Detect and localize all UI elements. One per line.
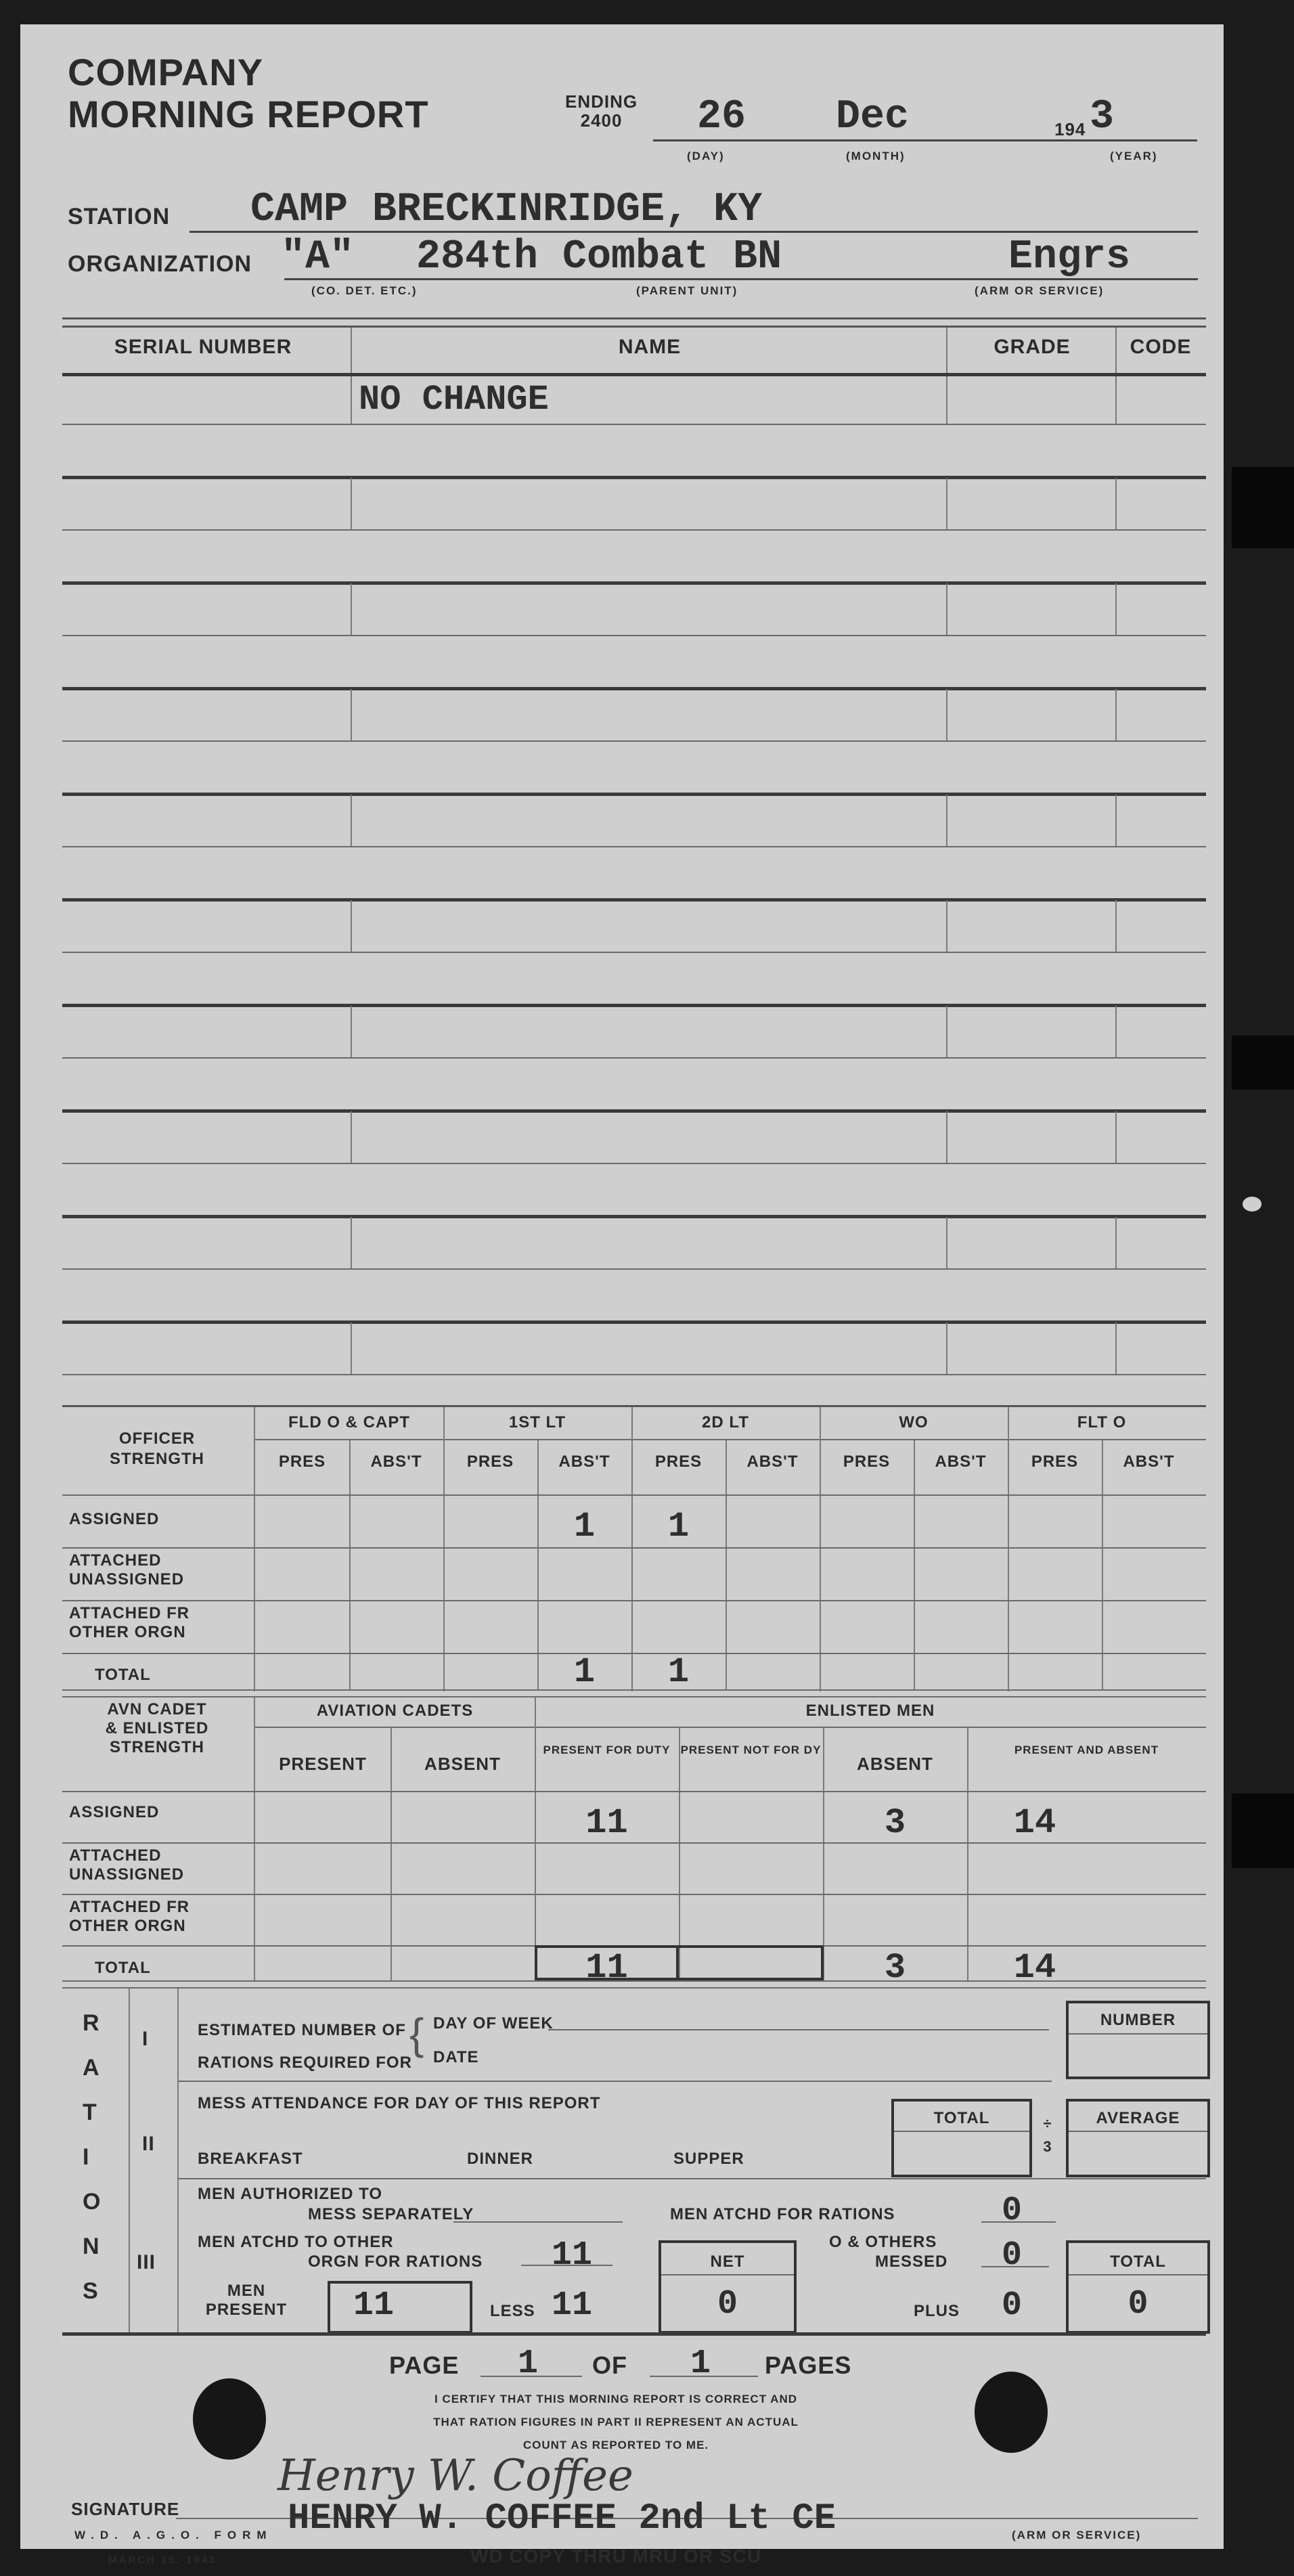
col-divider (254, 1407, 255, 1691)
row-label-assigned: ASSIGNED (69, 1510, 159, 1529)
subheader: PRESENT NOT FOR DY (679, 1737, 823, 1764)
ending-text: ENDING (565, 92, 638, 111)
row-divider (351, 1217, 352, 1268)
side-letter: S (83, 2269, 101, 2313)
row-divider (946, 1006, 947, 1057)
day-of-week-label: DAY OF WEEK (433, 2014, 554, 2033)
table-bottom-rule (62, 1405, 1206, 1407)
copy-note: WD COPY THRU MRU OR SCU (470, 2546, 761, 2567)
enlisted-total-present-for-duty[interactable]: 11 (535, 1948, 679, 1988)
side-letter: N (83, 2224, 101, 2269)
officer-total-2d-lt-present[interactable]: 1 (631, 1652, 726, 1692)
group-header-enlisted: ENLISTED MEN (535, 1702, 1206, 1720)
mess-total-rule (894, 2131, 1029, 2132)
row-divider (946, 1217, 947, 1268)
day-value[interactable]: 26 (697, 94, 746, 140)
enlisted-total-present-and-absent[interactable]: 14 (967, 1948, 1102, 1988)
year-caption: (YEAR) (1110, 150, 1158, 163)
net-label: NET (659, 2252, 797, 2271)
row-divider (351, 689, 352, 740)
row-rule (62, 1987, 1206, 1989)
average-rule (1069, 2131, 1207, 2132)
subheader: ABS'T (349, 1452, 443, 1471)
group-rule (255, 1439, 1206, 1440)
label-line: OTHER ORGN (69, 1623, 189, 1642)
film-strip-band (1232, 467, 1294, 548)
certify-line: THAT RATION FIGURES IN PART II REPRESENT… (359, 2411, 873, 2434)
title-line: & ENLISTED (62, 1719, 252, 1738)
row-divider (351, 1006, 352, 1057)
side-letter: I (83, 2135, 101, 2179)
subheader: PRES (631, 1452, 726, 1471)
officer-assigned-1st-lt-absent[interactable]: 1 (537, 1507, 631, 1547)
row-divider (351, 795, 352, 846)
part-3-numeral: III (137, 2251, 156, 2274)
row-rule (62, 1215, 1206, 1218)
col-divider (967, 1728, 968, 1982)
group-header-cadets: AVIATION CADETS (255, 1702, 535, 1720)
ending-label: ENDING 2400 (565, 92, 638, 130)
org-caption-parent: (PARENT UNIT) (636, 284, 738, 298)
col-divider (129, 1989, 130, 2335)
group-header: FLD O & CAPT (255, 1413, 443, 1432)
row-rule (62, 740, 1206, 742)
subheader: PRES (1008, 1452, 1102, 1471)
label-line: ATTACHED (69, 1846, 184, 1865)
row-rule (62, 846, 1206, 847)
row-divider (946, 1111, 947, 1163)
number-label: NUMBER (1066, 2011, 1210, 2030)
row-divider (946, 689, 947, 740)
mess-total-label: TOTAL (891, 2109, 1032, 2128)
label-line: RATIONS REQUIRED FOR (198, 2047, 412, 2079)
row-divider (946, 376, 947, 424)
organization-arm[interactable]: Engrs (1008, 234, 1130, 280)
part-1-label: ESTIMATED NUMBER OF RATIONS REQUIRED FOR (198, 2014, 412, 2079)
supper-label: SUPPER (673, 2150, 744, 2169)
row-rule (62, 1163, 1206, 1164)
subheader: ABSENT (391, 1754, 535, 1775)
typed-signer-name: HENRY W. COFFEE 2nd Lt CE (288, 2498, 836, 2539)
group-header: FLT O (1008, 1413, 1196, 1432)
col-divider (820, 1407, 821, 1691)
page-value[interactable]: 1 (518, 2345, 538, 2383)
pages-value[interactable]: 1 (690, 2345, 711, 2383)
row-rule (62, 793, 1206, 796)
certification-text: I CERTIFY THAT THIS MORNING REPORT IS CO… (359, 2388, 873, 2457)
label-line: ATTACHED FR (69, 1898, 189, 1917)
atchd-other-value[interactable]: 11 (552, 2236, 592, 2275)
row-divider (946, 478, 947, 529)
col-divider (1008, 1407, 1009, 1691)
label-line: ATTACHED (69, 1551, 184, 1570)
breakfast-label: BREAKFAST (198, 2150, 303, 2169)
group-header: WO (820, 1413, 1008, 1432)
atchd-for-rations-value[interactable]: 0 (1002, 2192, 1022, 2230)
column-header-serial: SERIAL NUMBER (68, 336, 338, 359)
enlisted-assigned-present-and-absent[interactable]: 14 (967, 1803, 1102, 1843)
subheader: PRESENT AND ABSENT (967, 1737, 1206, 1764)
part-2-label: MESS ATTENDANCE FOR DAY OF THIS REPORT (198, 2094, 600, 2113)
label-line: PRESENT (179, 2301, 314, 2319)
subheader: ABSENT (823, 1754, 967, 1775)
title-line: STRENGTH (62, 1738, 252, 1757)
pages-label: PAGES (765, 2351, 851, 2380)
row-label-total: TOTAL (95, 1666, 151, 1685)
row-rule (62, 1494, 1206, 1496)
row-divider (1115, 1323, 1117, 1374)
subheader: PRES (255, 1452, 349, 1471)
col-divider (254, 1697, 255, 1982)
mess-separately-field[interactable] (453, 2221, 623, 2223)
signature-label: SIGNATURE (71, 2499, 179, 2520)
row-divider (1115, 1111, 1117, 1163)
subheader: PRESENT FOR DUTY (535, 1737, 679, 1764)
handwritten-signature: Henry W. Coffee (277, 2451, 633, 2501)
atchd-other-label: MEN ATCHD TO OTHER (198, 2233, 394, 2252)
row-label-total: TOTAL (95, 1959, 151, 1978)
rations-side-label: R A T I O N S (83, 2001, 101, 2313)
row-rule (62, 529, 1206, 531)
number-box-rule (1069, 2033, 1207, 2035)
row-divider (946, 900, 947, 952)
row-rule (62, 1374, 1206, 1375)
plus-label: PLUS (914, 2302, 960, 2321)
atchd-other-label: ORGN FOR RATIONS (308, 2252, 483, 2271)
divide-by-three-label: ÷ 3 (1037, 2112, 1058, 2158)
morning-report-form: COMPANY MORNING REPORT ENDING 2400 26 De… (20, 24, 1224, 2549)
year-prefix: 194 (1054, 119, 1086, 140)
title-line: STRENGTH (62, 1449, 252, 1469)
average-label: AVERAGE (1066, 2109, 1210, 2128)
row-label-attached-unassigned: ATTACHED UNASSIGNED (69, 1846, 184, 1884)
page-label: PAGE (389, 2351, 459, 2380)
subheader: PRES (443, 1452, 537, 1471)
subheader: ABS'T (1102, 1452, 1196, 1471)
film-strip-band (1232, 1794, 1294, 1868)
table-top-rule-2 (62, 326, 1206, 328)
row-divider (351, 900, 352, 952)
rations-bottom-rule (62, 2332, 1206, 2336)
row-divider (351, 478, 352, 529)
header-divider (351, 328, 352, 374)
row-rule (62, 1894, 1206, 1895)
row-divider (946, 583, 947, 635)
org-caption-company: (CO. DET. ETC.) (311, 284, 418, 298)
title-line-2: MORNING REPORT (68, 93, 429, 135)
side-letter: O (83, 2179, 101, 2224)
col-divider (631, 1407, 633, 1691)
label-line: ATTACHED FR (69, 1604, 189, 1623)
header-divider (1115, 328, 1117, 374)
less-value[interactable]: 11 (552, 2286, 592, 2325)
group-rule (255, 1727, 1206, 1728)
row-rule (62, 952, 1206, 953)
label-line: ESTIMATED NUMBER OF (198, 2014, 412, 2047)
row-divider (1115, 900, 1117, 952)
day-caption: (DAY) (687, 150, 725, 163)
row-divider (1115, 1217, 1117, 1268)
row-divider (1115, 376, 1117, 424)
month-caption: (MONTH) (846, 150, 906, 163)
net-value[interactable]: 0 (659, 2285, 797, 2324)
plus-value[interactable]: 0 (1002, 2286, 1022, 2325)
organization-label: ORGANIZATION (68, 251, 252, 277)
net-rule (661, 2274, 794, 2275)
form-title: COMPANY MORNING REPORT (68, 51, 429, 135)
officer-assigned-2d-lt-present[interactable]: 1 (631, 1507, 726, 1547)
enlisted-total-absent[interactable]: 3 (823, 1948, 967, 1988)
mess-separately-label: MEN AUTHORIZED TO (198, 2185, 382, 2204)
group-header: 1ST LT (443, 1413, 631, 1432)
col-divider (823, 1728, 824, 1982)
station-value[interactable]: CAMP BRECKINRIDGE, KY (250, 187, 762, 233)
mess-separately-label: MESS SEPARATELY (308, 2205, 474, 2224)
column-header-grade: GRADE (947, 336, 1117, 359)
date-label: DATE (433, 2048, 479, 2067)
row-rule (62, 687, 1206, 690)
of-label: OF (592, 2351, 627, 2380)
row-label-attached-other: ATTACHED FR OTHER ORGN (69, 1604, 189, 1642)
less-label: LESS (490, 2302, 535, 2321)
row-rule (62, 581, 1206, 585)
label-line: UNASSIGNED (69, 1570, 184, 1589)
subheader: ABS'T (537, 1452, 631, 1471)
punch-hole-right (975, 2372, 1048, 2453)
enlisted-strength-title: AVN CADET & ENLISTED STRENGTH (62, 1700, 252, 1757)
row-rule (62, 424, 1206, 425)
men-present-box (328, 2281, 472, 2334)
month-value[interactable]: Dec (836, 94, 909, 140)
station-label: STATION (68, 204, 170, 230)
title-line: AVN CADET (62, 1700, 252, 1719)
row-divider (1115, 478, 1117, 529)
row-label-attached-unassigned: ATTACHED UNASSIGNED (69, 1551, 184, 1589)
subheader: ABS'T (914, 1452, 1008, 1471)
row-divider (351, 1111, 352, 1163)
col-divider (679, 1728, 680, 1982)
row-rule (179, 2081, 1052, 2082)
label-line: MEN (179, 2282, 314, 2301)
enlisted-assigned-absent[interactable]: 3 (823, 1803, 967, 1843)
certify-line: I CERTIFY THAT THIS MORNING REPORT IS CO… (359, 2388, 873, 2411)
row-rule (179, 2178, 1206, 2179)
part-1-numeral: I (142, 2028, 148, 2051)
total-present-not-for-duty-box (676, 1945, 824, 1980)
officer-total-1st-lt-absent[interactable]: 1 (537, 1652, 631, 1692)
row-divider (1115, 583, 1117, 635)
row-rule (62, 1791, 1206, 1792)
row-divider (351, 1323, 352, 1374)
title-line-1: COMPANY (68, 51, 429, 93)
header-bottom-rule (62, 373, 1206, 376)
others-messed-value[interactable]: 0 (1002, 2236, 1022, 2275)
title-line: OFFICER (62, 1429, 252, 1449)
dinner-label: DINNER (467, 2150, 533, 2169)
rations-total-value[interactable]: 0 (1066, 2285, 1210, 2324)
brace-icon: { (409, 2009, 424, 2059)
form-date: MARCH 15, 1943 (108, 2554, 217, 2566)
men-present-value[interactable]: 11 (353, 2286, 394, 2325)
row-rule (62, 1004, 1206, 1007)
row-divider (351, 376, 352, 424)
punch-hole-left (193, 2378, 266, 2460)
men-present-label: MEN PRESENT (179, 2282, 314, 2319)
row-rule (62, 1547, 1206, 1549)
year-value[interactable]: 3 (1090, 94, 1114, 140)
part-2-numeral: II (142, 2133, 155, 2156)
form-number-label: W.D. A.G.O. FORM (74, 2529, 273, 2542)
subheader: PRESENT (255, 1754, 391, 1775)
subheader: ABS'T (726, 1452, 820, 1471)
row-divider (1115, 795, 1117, 846)
side-letter: R (83, 2001, 101, 2045)
label-line: OTHER ORGN (69, 1917, 189, 1936)
header-divider (946, 328, 947, 374)
row-rule (62, 898, 1206, 902)
row-rule (62, 1600, 1206, 1601)
row-divider (946, 795, 947, 846)
day-of-week-field[interactable] (548, 2029, 1049, 2030)
rations-total-label: TOTAL (1066, 2252, 1210, 2271)
officer-strength-title: OFFICER STRENGTH (62, 1429, 252, 1469)
ending-time: 2400 (565, 111, 638, 130)
atchd-for-rations-label: MEN ATCHD FOR RATIONS (670, 2205, 895, 2224)
row-rule (62, 1268, 1206, 1270)
col-divider (443, 1407, 445, 1691)
organization-company[interactable]: "A" (281, 234, 354, 280)
arm-caption: (ARM OR SERVICE) (1012, 2529, 1141, 2542)
col-divider (391, 1728, 392, 1982)
row-rule (62, 1057, 1206, 1059)
row-divider (1115, 689, 1117, 740)
enlisted-assigned-present-for-duty[interactable]: 11 (535, 1803, 679, 1843)
row-divider (946, 1323, 947, 1374)
row-label-attached-other: ATTACHED FR OTHER ORGN (69, 1898, 189, 1936)
row-rule (62, 476, 1206, 479)
subheader: PRES (820, 1452, 914, 1471)
side-letter: A (83, 2045, 101, 2090)
label-line: UNASSIGNED (69, 1865, 184, 1884)
film-strip-band (1232, 1036, 1294, 1090)
row-rule (62, 1109, 1206, 1113)
group-header: 2D LT (631, 1413, 820, 1432)
rations-total-rule (1069, 2274, 1207, 2275)
row-divider (351, 583, 352, 635)
row-divider (1115, 1006, 1117, 1057)
row-rule (62, 1696, 1206, 1697)
org-caption-arm: (ARM OR SERVICE) (975, 284, 1104, 298)
column-header-code: CODE (1117, 336, 1205, 359)
others-messed-label: MESSED (875, 2252, 947, 2271)
row-rule (62, 635, 1206, 636)
roster-row-name[interactable]: NO CHANGE (359, 380, 549, 420)
row-rule (62, 1320, 1206, 1324)
table-top-rule (62, 317, 1206, 319)
others-messed-label: O & OTHERS (829, 2233, 937, 2252)
column-header-name: NAME (352, 336, 947, 359)
side-letter: T (83, 2090, 101, 2135)
organization-parent-unit[interactable]: 284th Combat BN (416, 234, 782, 280)
film-speck (1243, 1197, 1262, 1212)
row-label-assigned: ASSIGNED (69, 1803, 159, 1822)
